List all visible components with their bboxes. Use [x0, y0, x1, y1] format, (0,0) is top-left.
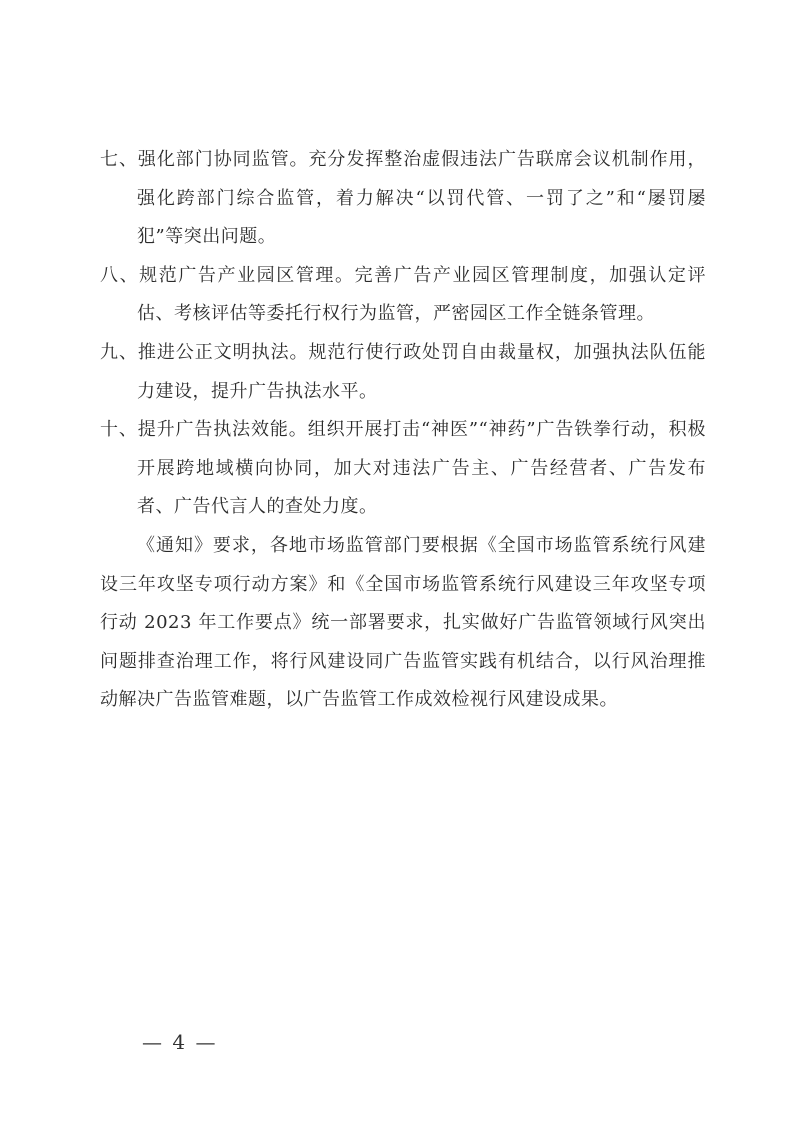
list-item-9: 九、推进公正文明执法。规范行使行政处罚自由裁量权，加强执法队伍能力建设，提升广告…: [100, 334, 706, 411]
item-text: 提升广告执法效能。组织开展打击“神医”“神药”广告铁拳行动，积极开展跨地域横向协…: [137, 419, 706, 517]
page-number: — 4 —: [142, 1030, 217, 1054]
list-item-7: 七、强化部门协同监管。充分发挥整治虚假违法广告联席会议机制作用，强化跨部门综合监…: [100, 141, 706, 257]
closing-paragraph: 《通知》要求，各地市场监管部门要根据《全国市场监管系统行风建设三年攻坚专项行动方…: [100, 527, 706, 720]
item-number: 九、: [100, 342, 138, 363]
item-text: 强化部门协同监管。充分发挥整治虚假违法广告联席会议机制作用，强化跨部门综合监管，…: [137, 149, 706, 247]
list-item-8: 八、规范广告产业园区管理。完善广告产业园区管理制度，加强认定评估、考核评估等委托…: [100, 257, 706, 334]
document-page: 七、强化部门协同监管。充分发挥整治虚假违法广告联席会议机制作用，强化跨部门综合监…: [0, 0, 793, 1122]
item-text: 规范广告产业园区管理。完善广告产业园区管理制度，加强认定评估、考核评估等委托行权…: [137, 265, 706, 325]
item-text: 推进公正文明执法。规范行使行政处罚自由裁量权，加强执法队伍能力建设，提升广告执法…: [137, 342, 706, 402]
document-body: 七、强化部门协同监管。充分发挥整治虚假违法广告联席会议机制作用，强化跨部门综合监…: [100, 141, 706, 720]
item-number: 十、: [100, 419, 138, 440]
item-number: 七、: [100, 149, 138, 170]
list-item-10: 十、提升广告执法效能。组织开展打击“神医”“神药”广告铁拳行动，积极开展跨地域横…: [100, 411, 706, 527]
item-number: 八、: [100, 265, 139, 286]
